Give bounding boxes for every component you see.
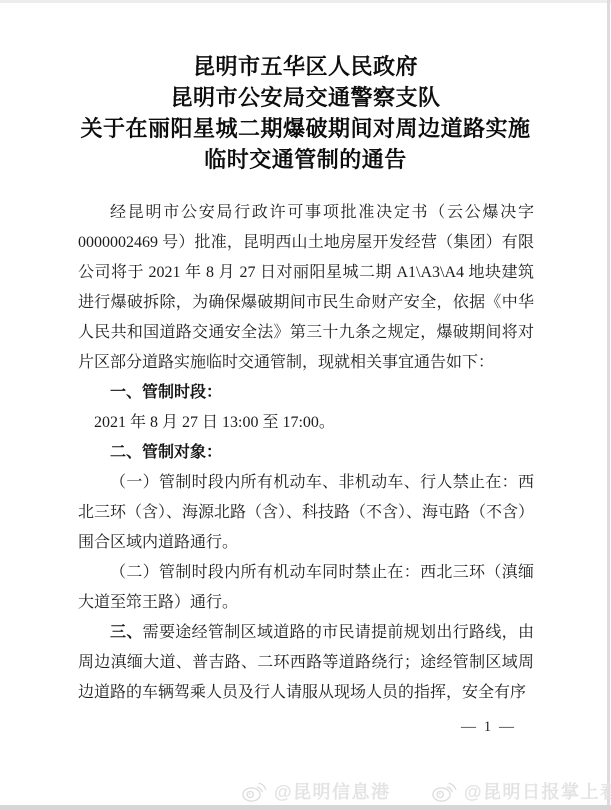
watermark-kunming-daily: @昆明日报掌上春城 [431, 778, 611, 804]
weibo-icon [241, 779, 268, 803]
title-line-subject-2: 临时交通管制的通告 [0, 144, 611, 175]
paragraph-detour-text: 需要途经管制区域道路的市民请提前规划出行路线，由周边滇缅大道、普吉路、二环西路等… [78, 624, 534, 701]
paragraph-detour-lead: 三、 [110, 624, 143, 641]
document-scan: 昆明市五华区人民政府 昆明市公安局交通警察支队 关于在丽阳星城二期爆破期间对周边… [0, 0, 611, 810]
watermark-handle: @昆明日报掌上春城 [464, 778, 611, 804]
title-line-subject-1: 关于在丽阳星城二期爆破期间对周边道路实施 [0, 113, 611, 144]
title-line-government: 昆明市五华区人民政府 [0, 51, 611, 82]
watermark-kunming-info-port: @昆明信息港 [241, 778, 391, 804]
title-line-police: 昆明市公安局交通警察支队 [0, 82, 611, 113]
paragraph-intro: 经昆明市公安局行政许可事项批准决定书（云公爆决字 0000002469 号）批准… [78, 198, 534, 378]
paragraph-control-item-1: （一）管制时段内所有机动车、非机动车、行人禁止在：西北三环（含）、海源北路（含）… [78, 468, 534, 558]
paragraph-control-period: 2021 年 8 月 27 日 13:00 至 17:00。 [78, 408, 534, 438]
watermark-handle: @昆明信息港 [274, 778, 391, 804]
page-top-edge [0, 0, 611, 3]
section-heading-control-period: 一、管制时段： [78, 378, 534, 408]
paragraph-control-item-2: （二）管制时段内所有机动车同时禁止在：西北三环（滇缅大道至筇王路）通行。 [78, 558, 534, 618]
paragraph-detour-advice: 三、需要途经管制区域道路的市民请提前规划出行路线，由周边滇缅大道、普吉路、二环西… [78, 618, 534, 708]
page-number: — 1 — [78, 712, 534, 742]
page-bottom-edge [0, 805, 611, 810]
document-body: 经昆明市公安局行政许可事项批准决定书（云公爆决字 0000002469 号）批准… [78, 198, 534, 708]
section-heading-control-targets: 二、管制对象： [78, 438, 534, 468]
weibo-icon [431, 779, 458, 803]
document-title: 昆明市五华区人民政府 昆明市公安局交通警察支队 关于在丽阳星城二期爆破期间对周边… [0, 51, 611, 175]
